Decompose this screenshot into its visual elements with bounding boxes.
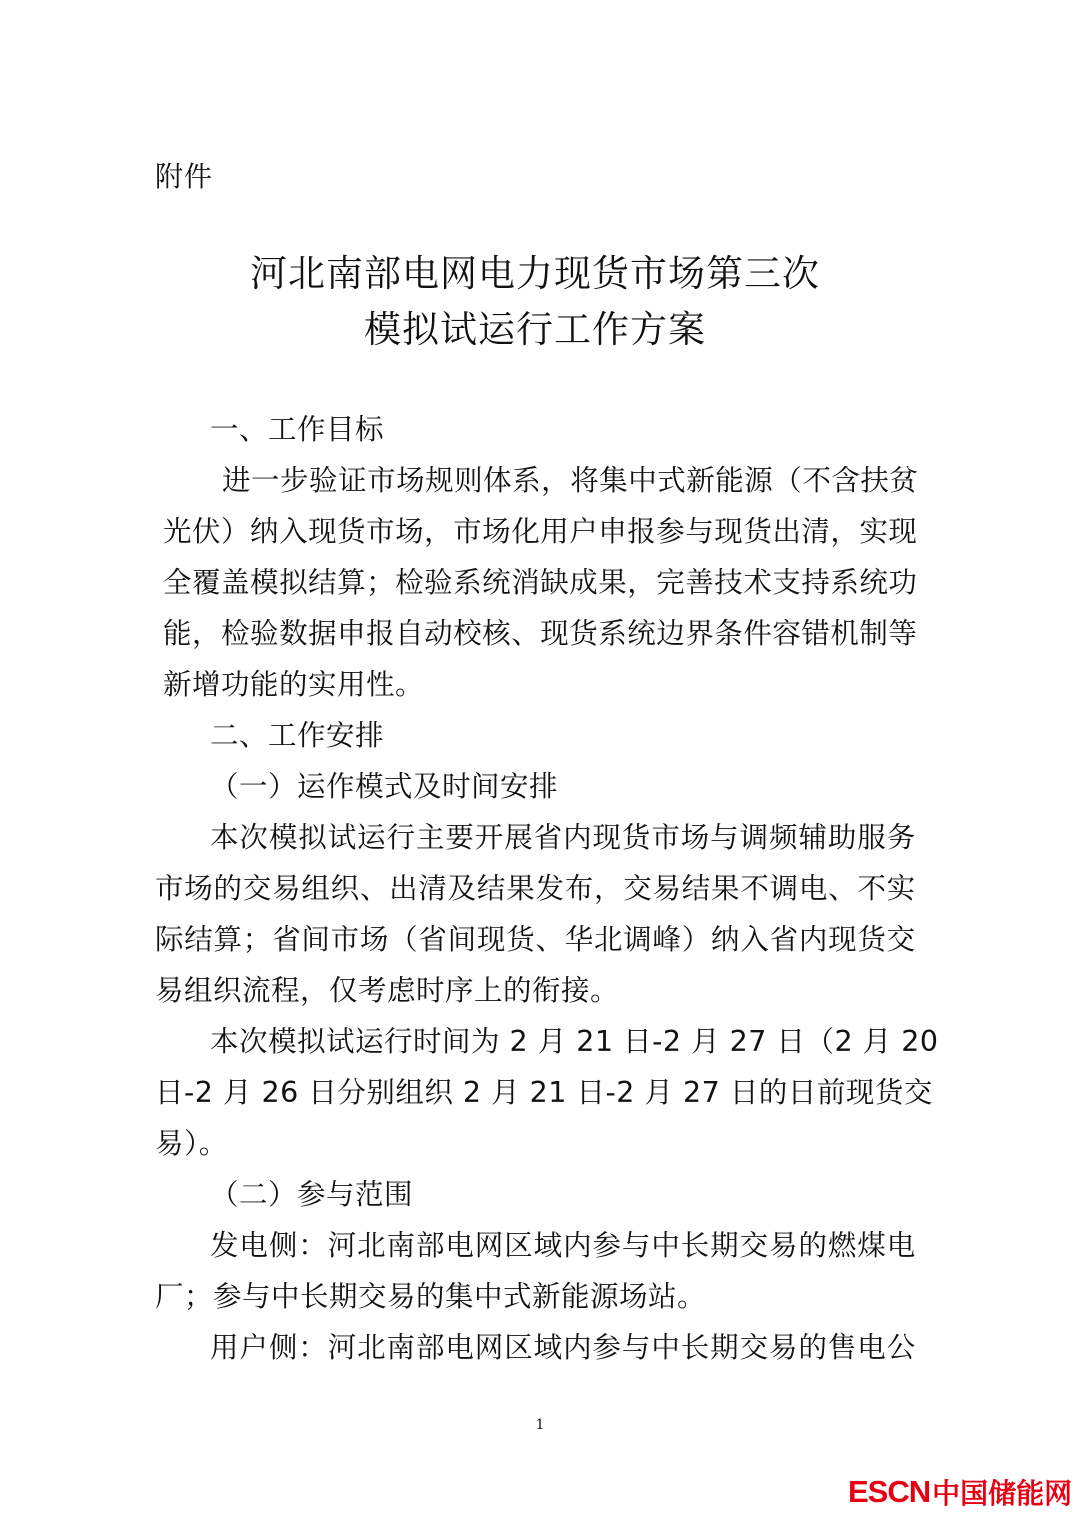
body-line: 光伏）纳入现货市场，市场化用户申报参与现货出清，实现 [163,517,916,547]
body-line: 二、工作安排 [210,721,384,751]
body-line: 发电侧：河北南部电网区域内参与中长期交易的燃煤电 [210,1231,916,1261]
document-title-line1: 河北南部电网电力现货市场第三次 [0,246,1075,302]
body-line: （一）运作模式及时间安排 [210,772,558,802]
logo-brand-cn: 中国储能网 [932,1472,1072,1512]
body-line: 厂；参与中长期交易的集中式新能源场站。 [155,1282,706,1312]
body-line: 市场的交易组织、出清及结果发布，交易结果不调电、不实 [155,874,916,904]
document-title-line2: 模拟试运行工作方案 [0,302,1075,358]
body-line: （二）参与范围 [210,1180,413,1210]
body-line: 能，检验数据申报自动校核、现货系统边界条件容错机制等 [163,619,916,649]
body-line: 进一步验证市场规则体系，将集中式新能源（不含扶贫 [222,466,916,496]
document-page: 附件 河北南部电网电力现货市场第三次 模拟试运行工作方案 一、工作目标进一步验证… [0,0,1080,1527]
body-line: 全覆盖模拟结算；检验系统消缺成果，完善技术支持系统功 [163,568,916,598]
body-line: 日-2 月 26 日分别组织 2 月 21 日-2 月 27 日的日前现货交 [155,1078,933,1108]
body-line: 本次模拟试运行主要开展省内现货市场与调频辅助服务 [210,823,916,853]
body-line: 本次模拟试运行时间为 2 月 21 日-2 月 27 日（2 月 20 [210,1027,939,1057]
escn-logo: ESCN 中国储能网 [848,1472,1072,1512]
attachment-label: 附件 [155,155,213,195]
logo-brand-en: ESCN [848,1474,930,1510]
body-line: 新增功能的实用性。 [163,670,424,700]
page-number: 1 [0,1417,1080,1433]
body-line: 易组织流程，仅考虑时序上的衔接。 [155,976,619,1006]
body-line: 用户侧：河北南部电网区域内参与中长期交易的售电公 [210,1333,916,1363]
body-line: 一、工作目标 [210,415,384,445]
body-line: 易）。 [155,1129,228,1159]
body-line: 际结算；省间市场（省间现货、华北调峰）纳入省内现货交 [155,925,916,955]
